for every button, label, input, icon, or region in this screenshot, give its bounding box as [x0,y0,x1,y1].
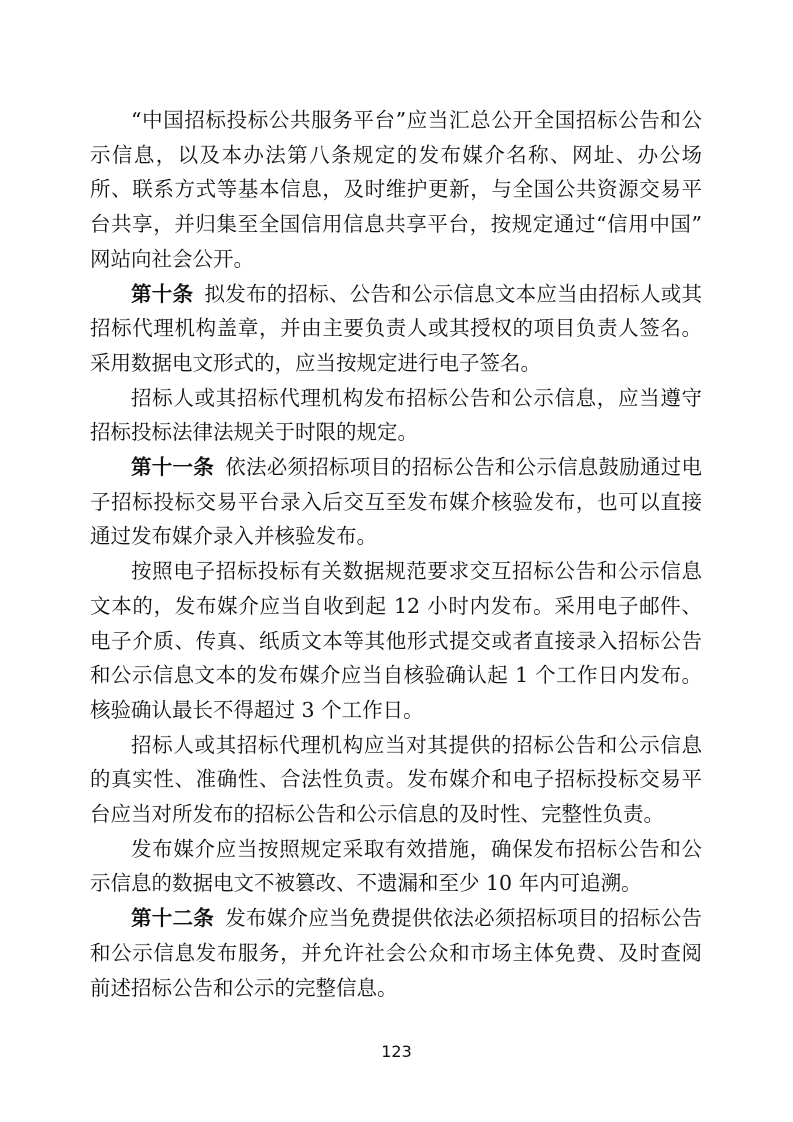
paragraph: 第十条拟发布的招标、公告和公示信息文本应当由招标人或其招标代理机构盖章，并由主要… [90,277,702,381]
paragraph-text: “中国招标投标公共服务平台”应当汇总公开全国招标公告和公示信息，以及本办法第八条… [90,108,702,271]
clause-number: 第十二条 [131,906,214,930]
paragraph: 第十一条依法必须招标项目的招标公告和公示信息鼓励通过电子招标投标交易平台录入后交… [90,450,702,554]
document-page: “中国招标投标公共服务平台”应当汇总公开全国招标公告和公示信息，以及本办法第八条… [0,0,793,1122]
document-body: “中国招标投标公共服务平台”应当汇总公开全国招标公告和公示信息，以及本办法第八条… [90,103,702,1005]
page-number: 123 [0,1042,793,1061]
paragraph-text: 招标人或其招标代理机构应当对其提供的招标公告和公示信息的真实性、准确性、合法性负… [90,733,702,826]
paragraph-text: 按照电子招标投标有关数据规范要求交互招标公告和公示信息文本的，发布媒介应当自收到… [90,559,702,722]
paragraph-text: 招标人或其招标代理机构发布招标公告和公示信息，应当遵守招标投标法律法规关于时限的… [90,386,702,445]
paragraph: 按照电子招标投标有关数据规范要求交互招标公告和公示信息文本的，发布媒介应当自收到… [90,554,702,728]
clause-number: 第十条 [131,282,193,306]
paragraph: 第十二条发布媒介应当免费提供依法必须招标项目的招标公告和公示信息发布服务，并允许… [90,901,702,1005]
paragraph: “中国招标投标公共服务平台”应当汇总公开全国招标公告和公示信息，以及本办法第八条… [90,103,702,277]
paragraph: 发布媒介应当按照规定采取有效措施，确保发布招标公告和公示信息的数据电文不被篡改、… [90,832,702,901]
paragraph: 招标人或其招标代理机构发布招标公告和公示信息，应当遵守招标投标法律法规关于时限的… [90,381,702,450]
clause-number: 第十一条 [131,455,214,479]
paragraph-text: 发布媒介应当按照规定采取有效措施，确保发布招标公告和公示信息的数据电文不被篡改、… [90,837,702,896]
paragraph: 招标人或其招标代理机构应当对其提供的招标公告和公示信息的真实性、准确性、合法性负… [90,728,702,832]
